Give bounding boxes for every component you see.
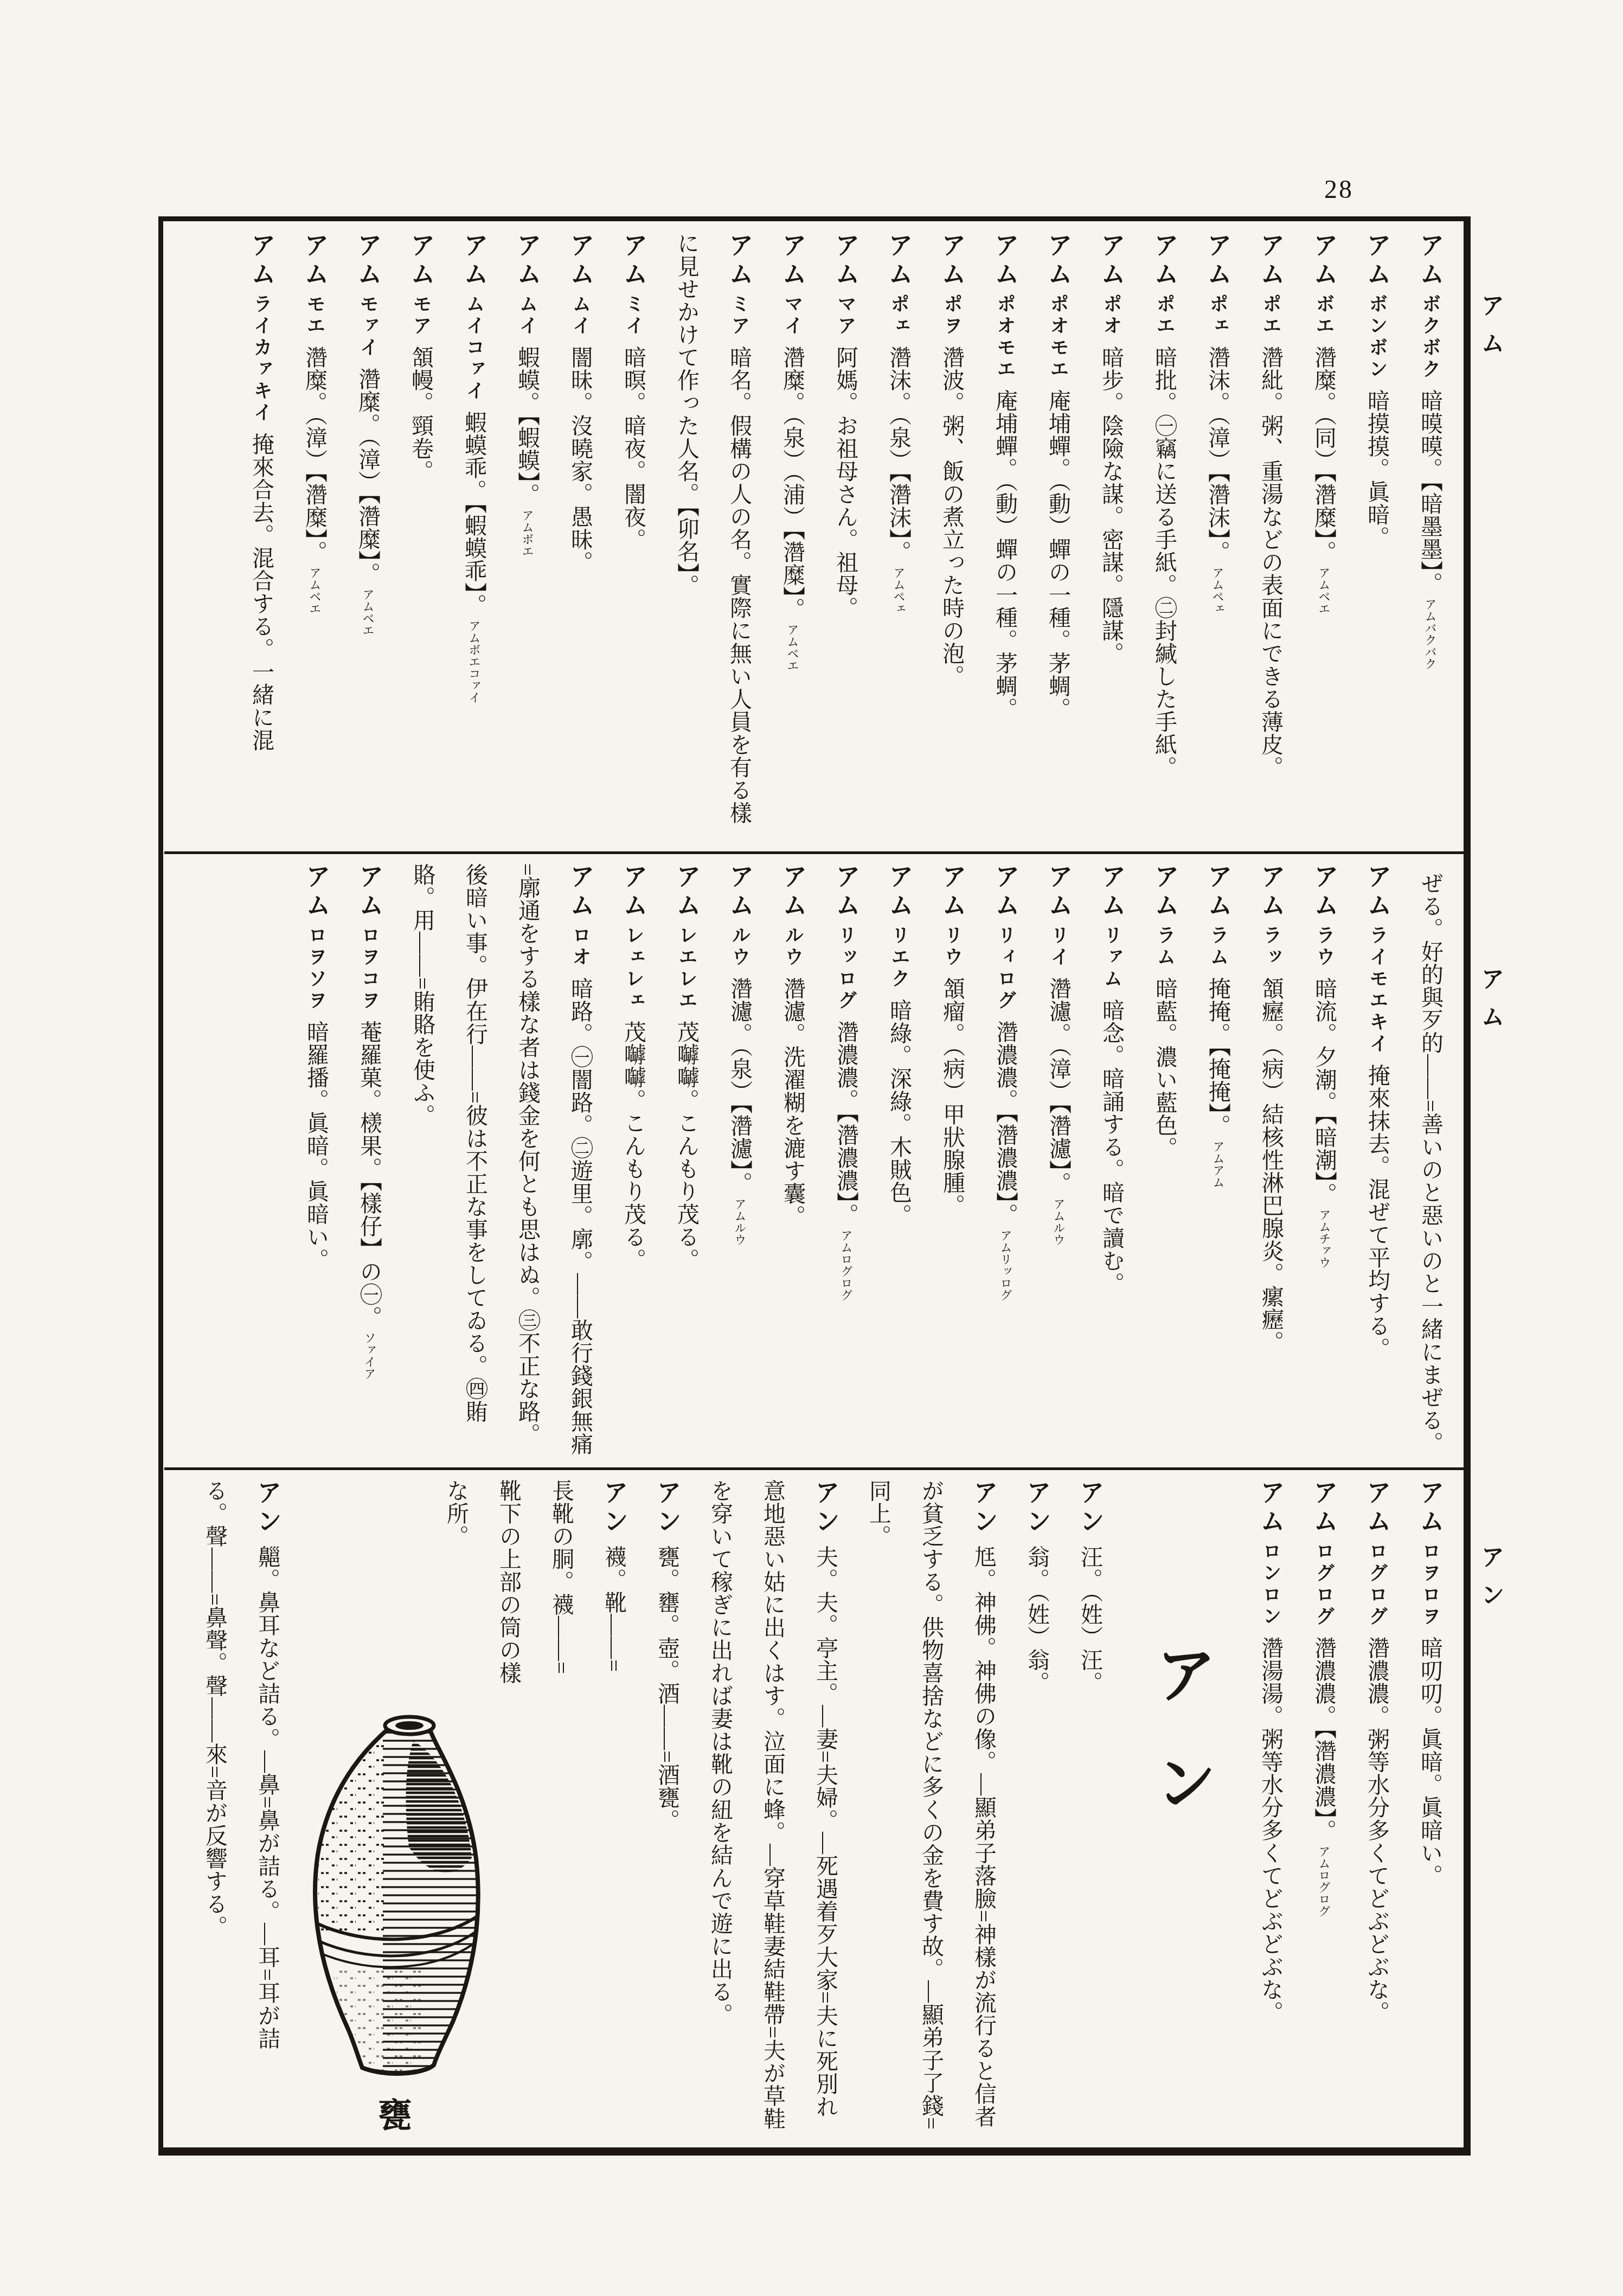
dictionary-entry: アムモエ濳糜。（漳）【濳糜】。アムベエ [288,232,341,839]
entry-initial: アム [514,232,541,290]
entry-initial: アム [832,232,859,290]
entry-initial: アム [992,863,1019,921]
entry-cross-reference: アムベエ [786,624,799,671]
entry-cross-reference: アムルウ [1052,1198,1066,1246]
dictionary-entry: アムルウ濳濾。（泉）【濳濾】。アムルウ [713,863,766,1455]
entry-definition: 頷瘤。（病）甲狀腺腫。 [940,977,965,1217]
entry-initial: アム [620,232,647,290]
dictionary-entry: アムラム暗藍。濃い藍色。 [1138,863,1191,1455]
entry-cross-reference: アムボエコァイ [467,620,481,703]
entry-headword: ムイコァイ [464,294,485,402]
entry-initial: アム [1363,1479,1391,1537]
entry-definition: 濳湯湯。粥等水分多くてどぶどぶな。 [1258,1637,1283,2024]
entry-initial: アン [1023,1479,1051,1537]
dictionary-entry: アン尪。神佛。神佛の像。―顯弟子落臉=神樣が流行ると信者が貧乏する。供物喜捨など… [852,1479,1010,2137]
entry-definition: 翁。（姓）翁。 [1024,1545,1049,1694]
entry-definition: 掩掩。【掩掩】。 [1205,977,1230,1137]
entry-headword: モア [410,294,432,337]
entry-initial: アム [303,863,330,921]
entry-definition: 濳濃濃。粥等水分多くてどぶどぶな。 [1364,1637,1389,2024]
entry-initial: アム [779,863,807,921]
entry-initial: アム [407,232,435,290]
entry-headword: レエレエ [676,925,697,1012]
entry-headword: リィログ [995,925,1016,1012]
entry-initial: アム [460,232,488,290]
entry-initial: アム [1044,232,1072,290]
entry-headword: ポオモエ [1048,294,1069,381]
dictionary-entry: アムロヲロヲ暗叨叨。眞暗。眞暗い。 [1403,1479,1457,2137]
dictionary-entry: アムルウ濳濾。洗濯糊を漉す囊。 [766,863,819,1455]
dictionary-entry: アムポエ濳紕。粥、重湯などの表面にできる薄皮。 [1244,232,1297,839]
entry-initial: アム [1257,232,1285,290]
entry-initial: アン [254,1479,281,1537]
entry-definition: 暗流。夕潮。【暗潮】。 [1312,977,1337,1205]
entry-headword: ポヲ [941,294,963,337]
entry-headword: ミイ [623,294,644,337]
entry-headword: ロヲコヲ [359,925,380,1012]
dictionary-entry: アン翁。（姓）翁。 [1010,1479,1063,2137]
dictionary-entry: アムポオ暗步。陰險な謀。密謀。隱謀。 [1085,232,1138,839]
entry-cross-reference: アムログログ [1317,1845,1331,1917]
entry-initial: アム [1098,863,1126,921]
entry-headword: ロヲロヲ [1420,1541,1441,1628]
entry-initial: アン [1076,1479,1104,1537]
entry-definition: 齆。鼻耳など詰る。―鼻=鼻が詰る。―耳=耳が詰る。聲――=鼻聲。聲――來=音が反… [202,1479,280,2050]
entry-initial: アム [567,863,594,921]
entry-definition: 暗暝。暗夜。闇夜。 [621,346,646,551]
entry-headword: リイ [1048,925,1069,969]
entry-initial: アム [832,863,860,921]
entry-initial: アム [1416,232,1444,290]
dictionary-entry: アン甕。罋。壺。酒――=酒甕。 [640,1479,694,2137]
dictionary-entry: アムラウ暗流。夕潮。【暗潮】。アムチァウ [1298,863,1351,1455]
entry-definition: 掩來抹去。混ぜて平均する。 [1365,1064,1390,1360]
entry-initial: アム [939,863,966,921]
entry-definition: 暗藍。濃い藍色。 [1152,977,1177,1159]
dictionary-entry: アン汪。（姓）汪。 [1063,1479,1117,2137]
entry-definition: 濳濾。（漳）【濳濾】。 [1046,977,1071,1195]
entry-initial: アム [991,232,1019,290]
entry-definition: 暗羅播。眞暗。眞暗い。 [304,1021,329,1271]
dictionary-entry: アン齆。鼻耳など詰る。―鼻=鼻が詰る。―耳=耳が詰る。聲――=鼻聲。聲――來=音… [188,1479,294,2076]
entry-headword: ムイ [517,294,538,337]
entry-headword: ムイ [570,294,591,337]
entry-initial: アム [301,232,329,290]
dictionary-entry: アン襪。靴――=長靴の胴。襪――=靴下の上部の筒の樣な所。 [429,1479,640,1685]
entry-initial: アム [885,232,913,290]
dictionary-entry: アン夫。夫。亭主。―妻=夫婦。―死遇着歹大家=夫に死別れ意地惡い姑に出くはす。泣… [694,1479,852,2137]
dictionary-entry: アムムイコァイ蝦蟆乖。【蝦蟆乖】。アムボエコァイ [447,232,501,839]
dictionary-entry: アムボクボク暗暯暯。【暗墨墨】。アムバクバク [1403,232,1457,839]
entry-headword: リエク [889,925,910,990]
entry-headword: ルウ [782,925,804,969]
entry-definition: 濳沫。（泉）【濳沫】。 [886,346,911,563]
entry-definition: 濳糜。（漳）【濳糜】。 [302,346,327,563]
entry-cross-reference: アムログログ [839,1229,853,1301]
entry-initial: アム [1151,863,1179,921]
entry-cross-reference: アムペェ [1211,567,1224,614]
entry-definition: 暗念。暗誦する。暗で讀む。 [1099,999,1124,1295]
entry-definition: 頷癧。（病）結核性淋巴腺炎。瘰癧。 [1259,977,1284,1354]
entry-initial: アム [356,863,383,921]
entry-headword: ポオ [1101,294,1122,337]
entry-definition: 襪。靴――=長靴の胴。襪――=靴下の上部の筒の樣な所。 [444,1479,626,1684]
dictionary-entry: アムポエ暗批。㊀竊に送る手紙。㊁封緘した手紙。 [1138,232,1191,839]
entry-definition: 濳濃濃。【濳濃濃】。 [833,1021,858,1226]
entry-cross-reference: アムルウ [733,1198,747,1246]
entry-initial: アム [1310,1479,1338,1537]
entry-initial: アム [726,863,754,921]
entry-initial: アム [1311,863,1338,921]
entry-initial: アム [1310,232,1338,290]
dictionary-entry: アムロオ暗路。㊀闇路。㊁遊里。廓。――敢行錢銀無痛=廓通をする樣な者は錢金を何と… [396,863,607,1455]
dictionary-entry: アムラム掩掩。【掩掩】。アムアム [1191,863,1244,1455]
dictionary-entry: アムマア阿媽。お祖母さん。祖母。 [819,232,872,839]
entry-initial: アン [653,1479,681,1537]
entry-definition: 蝦蟆。【蝦蟆】。 [515,346,540,506]
dictionary-entry: アムポオモエ庵埔蟬。（動）蟬の一種。茅蜩。 [1031,232,1085,839]
entry-cross-reference: アムベエ [1317,567,1331,614]
entry-cross-reference: アムペェ [892,567,906,614]
entry-headword: ロヲソヲ [306,925,327,1012]
entries-section-top: アムボクボク暗暯暯。【暗墨墨】。アムバクバクアムボンボン暗摸摸。眞暗。アムボエ濳… [174,232,1457,839]
entry-definition: 汪。（姓）汪。 [1077,1545,1102,1694]
entry-cross-reference: アムチァウ [1318,1209,1331,1268]
entry-definition: 濳波。粥、飯の煮立った時の泡。 [939,346,964,688]
entry-initial: アン [970,1479,998,1537]
entries-section-middle: ぜる。好的與歹的――=善いのと惡いのと一緒にまぜる。アムライモエキイ掩來抹去。混… [174,863,1457,1455]
entry-definition: 蝦蟆乖。【蝦蟆乖】。 [461,411,486,617]
dictionary-entry: アムボンボン暗摸摸。眞暗。 [1350,232,1403,839]
entry-initial: アム [1204,232,1231,290]
entry-headword: ミア [729,294,750,337]
entry-definition: 茂嚹嚹。こんもり茂る。 [674,1021,699,1271]
entry-cross-reference: アムバクバク [1423,598,1437,670]
entry-headword: ラム [1154,925,1176,969]
margin-index-label-top: アム [1473,293,1507,369]
scanned-dictionary-page: { "colors":{"ink":"#1b1712","paper":"#f6… [0,0,1623,2296]
entry-headword: ポェ [1207,294,1228,337]
entry-definition: 濳紕。粥、重湯などの表面にできる薄皮。 [1258,346,1283,779]
dictionary-entry: アムロヲソヲ暗羅播。眞暗。眞暗い。 [290,863,343,1455]
letter-section-header: アン [1117,1479,1244,2137]
entry-definition: 甕。罋。壺。酒――=酒甕。 [655,1545,679,1832]
entry-definition: 暗路。㊀闇路。㊁遊里。廓。――敢行錢銀無痛=廓通をする樣な者は錢金を何とも思はぬ… [410,863,593,1455]
entry-definition: 暗步。陰險な謀。密謀。隱謀。 [1099,346,1124,665]
margin-index-label-middle: アム [1473,966,1507,1042]
entry-initial: アム [779,232,806,290]
entry-definition: 濳濾。洗濯糊を漉す囊。 [780,977,805,1228]
entry-headword: モァイ [357,294,379,359]
entry-definition: 菴羅菓。檨果。【樣仔】の㊀。 [357,1021,382,1329]
entry-headword: マイ [782,294,803,337]
entry-headword: ポエ [1154,294,1175,337]
dictionary-entry: アムラッ頷癧。（病）結核性淋巴腺炎。瘰癧。 [1244,863,1298,1455]
jar-caption: 甕 [301,2089,489,2137]
entry-headword: レェレェ [623,925,644,1012]
entry-definition: 暗批。㊀竊に送る手紙。㊁封緘した手紙。 [1152,346,1177,779]
section-divider-top [164,851,1464,854]
entry-cross-reference: アムベエ [361,588,375,636]
entry-headword: リウ [942,925,963,969]
entry-initial: アム [354,232,382,290]
dictionary-entry: アムリィログ濳濃濃。【濳濃濃】。アムリッログ [979,863,1032,1455]
entry-initial: アム [726,232,753,290]
entry-definition: 茂嚹嚹。こんもり茂る。 [621,1021,646,1271]
entry-headword: ポエ [1260,294,1281,337]
entry-definition: 尪。神佛。神佛の像。―顯弟子落臉=神樣が流行ると信者が貧乏する。供物喜捨などに多… [866,1479,996,2130]
entry-headword: ラッ [1261,925,1282,969]
entry-initial: アム [673,863,701,921]
dictionary-entry: アムポェ濳沫。（泉）【濳沫】。アムペェ [872,232,925,839]
entry-initial: アム [1045,863,1073,921]
jar-illustration [301,1713,489,2087]
dictionary-entry: アムムイ闇昧。沒曉家。愚昧。 [554,232,607,839]
entry-definition: 濳濃濃。【濳濃濃】。 [993,1021,1018,1226]
entry-definition: 闇昧。沒曉家。愚昧。 [568,346,593,574]
entry-headword: リッログ [836,925,857,1012]
entry-initial: アム [1416,1479,1444,1537]
entry-definition: 暗摸摸。眞暗。 [1364,389,1389,549]
entry-headword: ログログ [1313,1541,1335,1628]
entry-initial: アム [1258,863,1285,921]
dictionary-entry: アムリイ濳濾。（漳）【濳濾】。アムルウ [1032,863,1085,1455]
entry-definition: 濳糜。（泉）（浦）【濳糜】。 [780,346,805,620]
dictionary-entry: アムポオモエ庵埔蟬。（動）蟬の一種。茅蜩。 [978,232,1031,839]
entry-headword: ボエ [1313,294,1335,337]
entry-headword: ライカァキイ [251,294,272,424]
dictionary-entry: アムライモエキイ掩來抹去。混ぜて平均する。 [1351,863,1404,1455]
dictionary-entry: アムリウ頷瘤。（病）甲狀腺腫。 [926,863,979,1455]
entry-initial: アム [620,863,647,921]
dictionary-entry: アムレエレエ茂嚹嚹。こんもり茂る。 [660,863,713,1455]
dictionary-entry: アムライカァキイ掩來合去。混合する。一緒に混 [235,232,288,839]
entry-initial: アム [1257,1479,1285,1537]
entry-initial: アム [1364,863,1391,921]
entry-cross-reference: アムボエ [521,509,534,557]
dictionary-entry: アムリッログ濳濃濃。【濳濃濃】。アムログログ [819,863,873,1455]
dictionary-entry: アムログログ濳濃濃。【濳濃濃】。アムログログ [1297,1479,1350,2137]
entry-headword: ボンボン [1367,294,1388,381]
entry-headword: ラム [1208,925,1229,969]
section-divider-bottom [164,1467,1464,1470]
entry-initial: アム [1151,232,1178,290]
entry-initial: アン [812,1479,839,1537]
entry-definition: ぜる。好的與歹的――=善いのと惡いのと一緒にまぜる。 [1418,872,1443,1454]
entry-initial: アム [1098,232,1125,290]
dictionary-entry: アムモァイ濳糜。（漳）【濳糜】。アムベエ [341,232,394,839]
dictionary-entry: アムポヲ濳波。粥、飯の煮立った時の泡。 [925,232,978,839]
entry-headword: ラウ [1314,925,1335,969]
entry-headword: ログログ [1367,1541,1388,1628]
entry-definition: 庵埔蟬。（動）蟬の一種。茅蜩。 [992,389,1017,720]
entry-headword: ボクボク [1420,294,1441,381]
entry-initial: アム [1204,863,1232,921]
entry-definition: 濳濾。（泉）【濳濾】。 [727,977,752,1195]
margin-index-label-bottom: アン [1473,1544,1507,1620]
entry-definition: 濳濃濃。【濳濃濃】。 [1311,1637,1336,1842]
dictionary-entry: アムリエク暗綠。深綠。木賊色。 [873,863,926,1455]
entry-headword: ポオモエ [995,294,1016,381]
entry-definition: 暗暯暯。【暗墨墨】。 [1417,389,1442,595]
entry-initial: アン [600,1479,628,1537]
entry-definition: 濳沫。（漳）【濳沫】。 [1205,346,1230,563]
entry-headword: ルウ [729,925,750,969]
entry-definition: 濳糜。（漳）【濳糜】。 [355,368,380,585]
entry-initial: アム [1363,232,1391,290]
dictionary-entry: アムレェレェ茂嚹嚹。こんもり茂る。 [607,863,660,1455]
entry-initial: アム [248,232,275,290]
entry-headword: モエ [304,294,325,337]
entry-definition: 頷幔。頸卷。 [408,346,433,483]
entry-cross-reference: アムリッログ [999,1229,1012,1301]
dictionary-entry: アムムイ蝦蟆。【蝦蟆】。アムボエ [501,232,554,839]
entry-cross-reference: アムアム [1211,1140,1225,1188]
entry-headword: ロオ [570,925,591,969]
entry-definition: 暗叨叨。眞暗。眞暗い。 [1417,1637,1442,1887]
dictionary-entry: アムポェ濳沫。（漳）【濳沫】。アムペェ [1191,232,1244,839]
entry-headword: マア [835,294,856,337]
entry-definition: 庵埔蟬。（動）蟬の一種。茅蜩。 [1045,389,1070,720]
page-number: 28 [1324,175,1353,204]
dictionary-entry: ぜる。好的與歹的――=善いのと惡いのと一緒にまぜる。 [1404,863,1457,1455]
entry-headword: ライモエキイ [1367,925,1388,1055]
entry-initial: アム [886,863,913,921]
dictionary-entry: アムミア暗名。假構の人の名。實際に無い人員を有る樣に見せかけて作った人名。【卯名… [660,232,766,839]
dictionary-entry: アムボエ濳糜。（同）【濳糜】。アムベエ [1297,232,1350,839]
dictionary-entry: アムミイ暗暝。暗夜。闇夜。 [607,232,660,839]
entry-definition: 暗綠。深綠。木賊色。 [887,999,912,1227]
entry-initial: アム [567,232,594,290]
entry-headword: リァム [1101,925,1122,990]
dictionary-entry: アムロンロン濳湯湯。粥等水分多くてどぶどぶな。 [1244,1479,1297,2137]
entry-initial: アム [938,232,966,290]
entry-definition: 夫。夫。亭主。―妻=夫婦。―死遇着歹大家=夫に死別れ意地惡い姑に出くはす。泣面に… [708,1479,838,2130]
dictionary-entry: アムモア頷幔。頸卷。 [394,232,447,839]
entry-headword: ポェ [888,294,909,337]
dictionary-entry: アムマイ濳糜。（泉）（浦）【濳糜】。アムベエ [766,232,819,839]
entry-cross-reference: アムベエ [308,567,322,614]
entry-definition: 阿媽。お祖母さん。祖母。 [833,346,858,619]
entry-cross-reference: ソァイア [363,1332,376,1380]
dictionary-entry: アムリァム暗念。暗誦する。暗で讀む。 [1085,863,1138,1455]
entry-headword: ロンロン [1260,1541,1281,1628]
dictionary-entry: アムログログ濳濃濃。粥等水分多くてどぶどぶな。 [1350,1479,1403,2137]
entry-definition: 濳糜。（同）【濳糜】。 [1311,346,1336,563]
dictionary-entry: アムロヲコヲ菴羅菓。檨果。【樣仔】の㊀。ソァイア [343,863,396,1455]
entry-definition: 掩來合去。混合する。一緒に混 [249,433,274,752]
